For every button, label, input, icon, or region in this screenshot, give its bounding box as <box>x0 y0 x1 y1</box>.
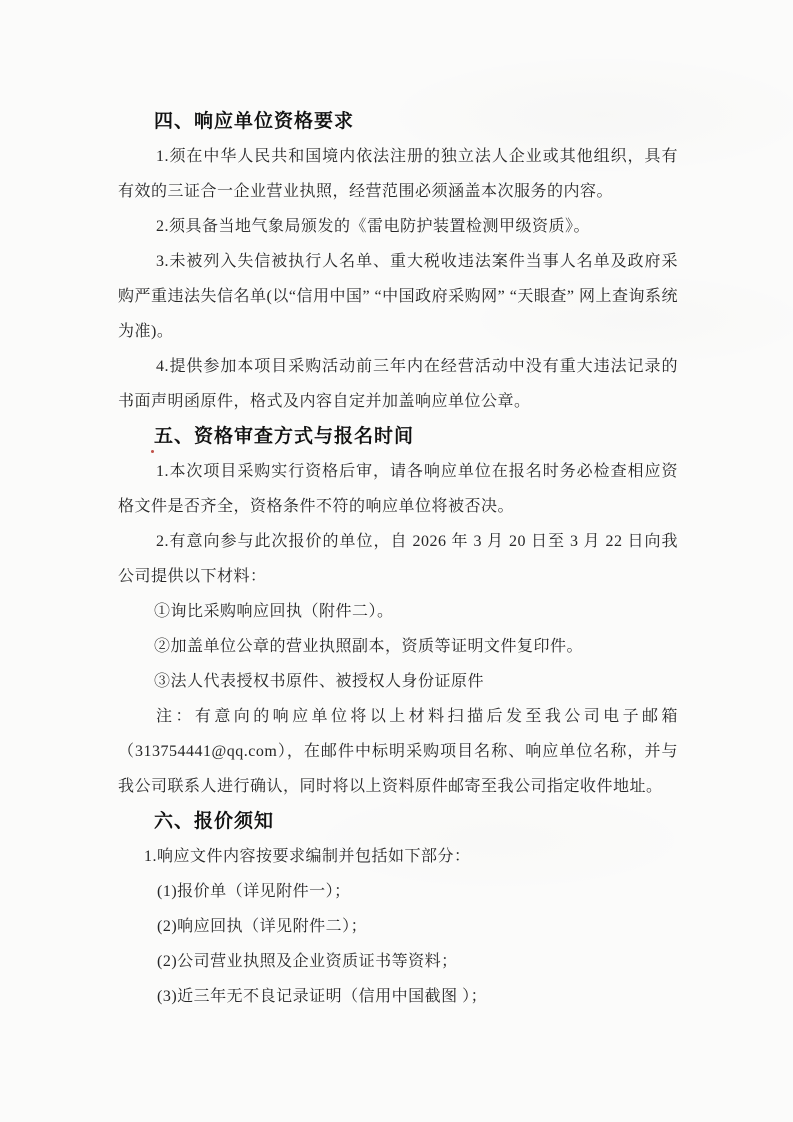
document-page: 四、响应单位资格要求 1.须在中华人民共和国境内依法注册的独立法人企业或其他组织… <box>0 0 793 1122</box>
para-4-2-lightning-certificate: 2.须具备当地气象局颁发的《雷电防护装置检测甲级资质》。 <box>118 209 678 244</box>
heading-section-5-review-and-signup: 五、资格审查方式与报名时间 <box>118 419 678 454</box>
sub-item-3-license-and-certs: (2)公司营业执照及企业资质证书等资料； <box>118 944 678 979</box>
sub-item-4-credit-screenshot: (3)近三年无不良记录证明（信用中国截图 ）； <box>118 979 678 1014</box>
para-5-2-signup-period: 2.有意向参与此次报价的单位，自 2026 年 3 月 20 日至 3 月 22… <box>118 524 678 594</box>
para-4-4-no-violation-declaration: 4.提供参加本项目采购活动前三年内在经营活动中没有重大违法记录的书面声明函原件，… <box>118 349 678 419</box>
para-4-3-credit-blacklist: 3.未被列入失信被执行人名单、重大税收违法案件当事人名单及政府采购严重违法失信名… <box>118 244 678 349</box>
sub-item-1-quotation-sheet: (1)报价单（详见附件一）； <box>118 874 678 909</box>
para-6-1-response-file-parts: 1.响应文件内容按要求编制并包括如下部分： <box>118 839 678 874</box>
note-email-instruction: 注：有意向的响应单位将以上材料扫描后发至我公司电子邮箱（313754441@qq… <box>118 699 678 804</box>
list-item-1-response-receipt: ①询比采购响应回执（附件二）。 <box>118 594 678 629</box>
sub-item-2-response-receipt: (2)响应回执（详见附件二）； <box>118 909 678 944</box>
heading-section-6-quotation-notes: 六、报价须知 <box>118 804 678 839</box>
para-5-1-post-review: 1.本次项目采购实行资格后审，请各响应单位在报名时务必检查相应资格文件是否齐全，… <box>118 454 678 524</box>
list-item-2-license-copy: ②加盖单位公章的营业执照副本，资质等证明文件复印件。 <box>118 629 678 664</box>
red-ink-speck <box>151 450 154 453</box>
para-4-1-legal-registration: 1.须在中华人民共和国境内依法注册的独立法人企业或其他组织，具有有效的三证合一企… <box>118 139 678 209</box>
heading-section-4-qualification-requirements: 四、响应单位资格要求 <box>118 104 678 139</box>
list-item-3-authorization-letter: ③法人代表授权书原件、被授权人身份证原件 <box>118 664 678 699</box>
